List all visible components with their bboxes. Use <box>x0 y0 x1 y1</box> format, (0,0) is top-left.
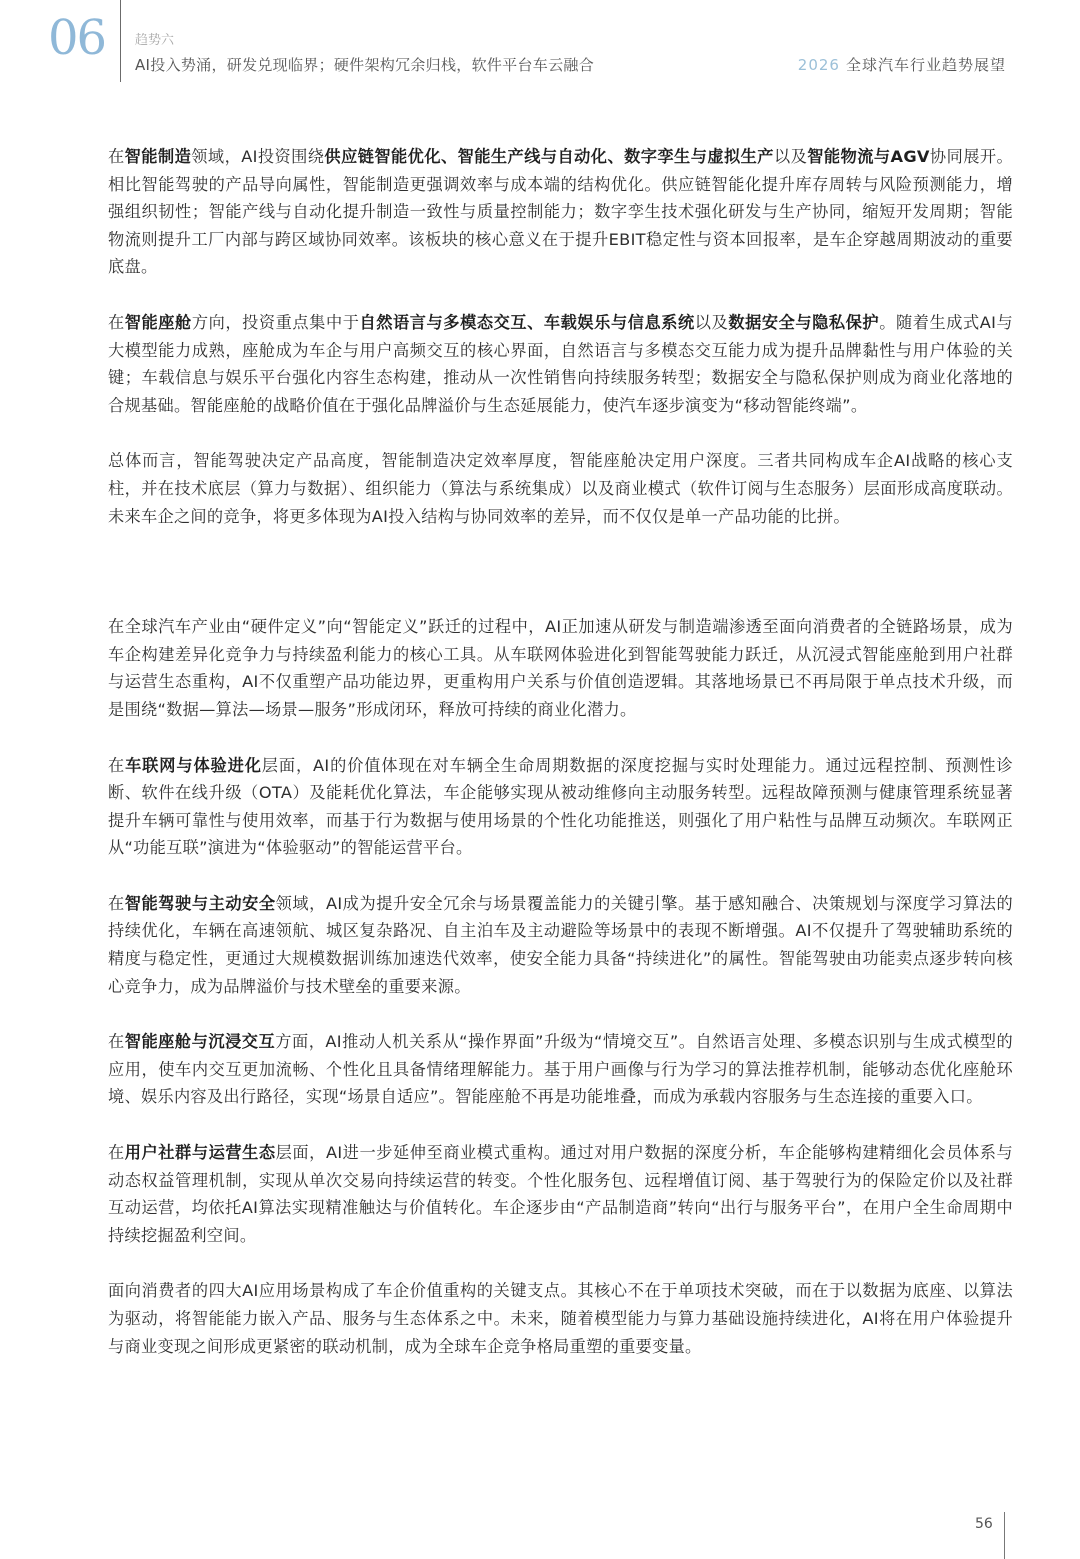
trend-label: 趋势六 <box>135 34 174 47</box>
paragraph-smart-driving-safety: 在智能驾驶与主动安全领域，AI成为提升安全冗余与场景覆盖能力的关键引擎。基于感知… <box>108 890 1013 1000</box>
paragraph-intro-consumer: 在全球汽车产业由“硬件定义”向“智能定义”跃迁的过程中，AI正加速从研发与制造端… <box>108 613 1013 723</box>
section-consumer-scenarios: 在全球汽车产业由“硬件定义”向“智能定义”跃迁的过程中，AI正加速从研发与制造端… <box>108 613 1013 1360</box>
paragraph-connected-vehicle: 在车联网与体验进化层面，AI的价值体现在对车辆全生命周期数据的深度挖掘与实时处理… <box>108 752 1013 862</box>
text-segment: 在 <box>108 313 125 332</box>
bold-keyword: 车联网与体验进化 <box>125 756 262 775</box>
paragraph-smart-cockpit-investment: 在智能座舱方向，投资重点集中于自然语言与多模态交互、车载娱乐与信息系统以及数据安… <box>108 309 1013 419</box>
text-segment: 以及 <box>774 147 807 166</box>
bold-keyword: 供应链智能优化、智能生产线与自动化、数字孪生与虚拟生产 <box>324 147 774 166</box>
report-year: 2026 <box>798 56 840 74</box>
footer-divider <box>1004 1512 1005 1559</box>
text-segment: 面向消费者的四大AI应用场景构成了车企价值重构的关键支点。其核心不在于单项技术突… <box>108 1281 1013 1355</box>
section-spacer <box>108 558 1013 613</box>
page-header: 06 趋势六 AI投入势涌，研发兑现临界；硬件架构冗余归栈，软件平台车云融合 2… <box>0 0 1080 90</box>
text-segment: 在 <box>108 894 125 913</box>
paragraph-user-community: 在用户社群与运营生态层面，AI进一步延伸至商业模式重构。通过对用户数据的深度分析… <box>108 1139 1013 1249</box>
bold-keyword: 数据安全与隐私保护 <box>728 313 879 332</box>
paragraph-conclusion: 面向消费者的四大AI应用场景构成了车企价值重构的关键支点。其核心不在于单项技术突… <box>108 1277 1013 1360</box>
paragraph-smart-manufacturing: 在智能制造领域，AI投资围绕供应链智能优化、智能生产线与自动化、数字孪生与虚拟生… <box>108 143 1013 281</box>
paragraph-immersive-cockpit: 在智能座舱与沉浸交互方面，AI推动人机关系从“操作界面”升级为“情境交互”。自然… <box>108 1028 1013 1111</box>
trend-title: AI投入势涌，研发兑现临界；硬件架构冗余归栈，软件平台车云融合 <box>135 58 594 73</box>
page-number: 56 <box>975 1516 993 1532</box>
text-segment: 总体而言，智能驾驶决定产品高度，智能制造决定效率厚度，智能座舱决定用户深度。三者… <box>108 451 1013 525</box>
report-title: 2026全球汽车行业趋势展望 <box>798 58 1006 73</box>
chapter-number: 06 <box>48 14 105 62</box>
bold-keyword: 用户社群与运营生态 <box>125 1143 276 1162</box>
bold-keyword: 智能物流与AGV <box>807 147 930 166</box>
bold-keyword: 智能座舱与沉浸交互 <box>125 1032 276 1051</box>
header-divider <box>120 0 121 82</box>
text-segment: 领域，AI投资围绕 <box>191 147 324 166</box>
text-segment: 在全球汽车产业由“硬件定义”向“智能定义”跃迁的过程中，AI正加速从研发与制造端… <box>108 617 1013 719</box>
bold-keyword: 智能制造 <box>125 147 192 166</box>
text-segment: 以及 <box>695 313 729 332</box>
paragraph-summary-pillars: 总体而言，智能驾驶决定产品高度，智能制造决定效率厚度，智能座舱决定用户深度。三者… <box>108 447 1013 530</box>
bold-keyword: 智能座舱 <box>125 313 192 332</box>
page-content: 在智能制造领域，AI投资围绕供应链智能优化、智能生产线与自动化、数字孪生与虚拟生… <box>108 143 1013 1388</box>
text-segment: 在 <box>108 756 125 775</box>
bold-keyword: 自然语言与多模态交互、车载娱乐与信息系统 <box>359 313 694 332</box>
report-title-text: 全球汽车行业趋势展望 <box>846 56 1006 74</box>
section-ai-investment: 在智能制造领域，AI投资围绕供应链智能优化、智能生产线与自动化、数字孪生与虚拟生… <box>108 143 1013 530</box>
text-segment: 在 <box>108 1143 125 1162</box>
text-segment: 在 <box>108 147 125 166</box>
text-segment: 方向，投资重点集中于 <box>192 313 360 332</box>
text-segment: 协同展开。相比智能驾驶的产品导向属性，智能制造更强调效率与成本端的结构优化。供应… <box>108 147 1013 276</box>
bold-keyword: 智能驾驶与主动安全 <box>125 894 276 913</box>
text-segment: 在 <box>108 1032 125 1051</box>
